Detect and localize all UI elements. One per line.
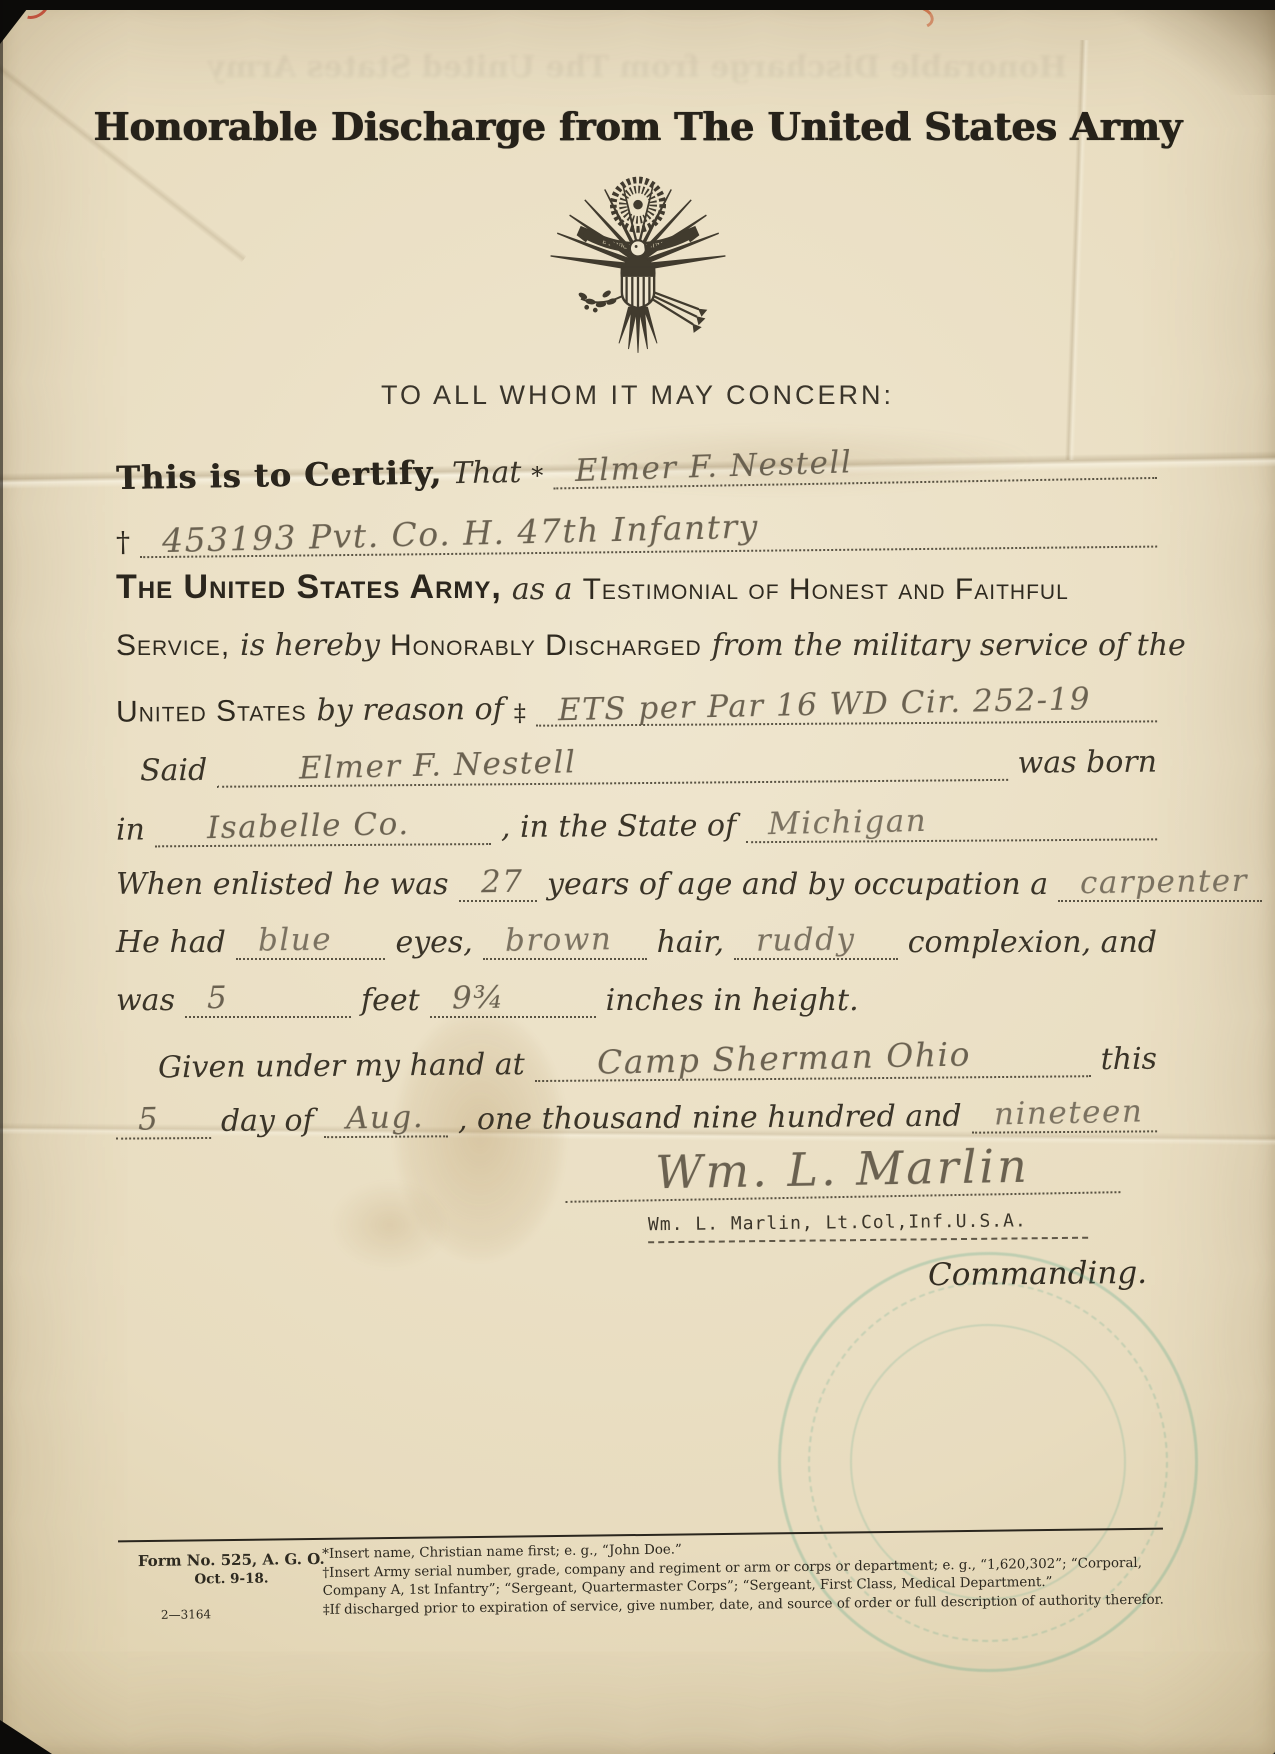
year-words-script: , one thousand nine hundred and <box>458 1099 962 1138</box>
feet-field: 5 <box>185 980 351 1018</box>
county-field: Isabelle Co. <box>155 807 491 847</box>
by-reason-script: by reason of <box>316 692 503 728</box>
testimonial-caps: Testimonial of Honest and Faithful <box>583 573 1069 607</box>
was-script: was <box>116 983 175 1018</box>
given-script: Given under my hand at <box>158 1047 525 1085</box>
hair-script: hair, <box>657 925 724 960</box>
inches-field: 9¾ <box>430 980 596 1018</box>
form-date: Oct. 9-18. <box>126 1570 336 1589</box>
handwritten-day: 5 <box>138 1101 160 1137</box>
age-line: When enlisted he was 27 years of age and… <box>116 864 1157 902</box>
handwritten-name: Elmer F. Nestell <box>575 444 853 489</box>
handwritten-signature: Wm. L. Marlin <box>655 1139 1030 1200</box>
double-dagger-mark: ‡ <box>514 699 526 727</box>
height-script: inches in height. <box>606 983 859 1018</box>
handwritten-year: nineteen <box>993 1093 1143 1132</box>
handwritten-eyes: blue <box>258 921 333 958</box>
certify-that: That <box>452 455 522 491</box>
height-line: was 5 feet 9¾ inches in height. <box>116 980 1157 1018</box>
reason-field: ETS per Par 16 WD Cir. 252-19 <box>536 684 1158 726</box>
signature-line: Wm. L. Marlin <box>565 1137 1121 1203</box>
features-line: He had blue eyes, brown hair, ruddy comp… <box>116 922 1157 960</box>
service-line: Service, is hereby Honorably Discharged … <box>116 628 1157 663</box>
handwritten-age: 27 <box>480 864 523 901</box>
handwritten-feet: 5 <box>207 980 229 1016</box>
serial-field: 453193 Pvt. Co. H. 47th Infantry <box>140 507 1157 559</box>
was-born-script: was born <box>1017 745 1157 781</box>
military-service-script: from the military service of the <box>712 628 1186 663</box>
paper-sheet: Honorable Discharge from The United Stat… <box>0 0 1275 1754</box>
month-field: Aug. <box>323 1099 448 1138</box>
footnotes: *Insert name, Christian name first; e. g… <box>322 1536 1164 1620</box>
handwritten-hair: brown <box>505 921 613 958</box>
said-script: Said <box>140 753 208 789</box>
typed-signature: Wm. L. Marlin, Lt.Col,Inf.U.S.A. <box>648 1210 1027 1235</box>
born-name-field: Elmer F. Nestell <box>217 743 1008 788</box>
document-title: Honorable Discharge from The United Stat… <box>0 104 1275 149</box>
is-hereby-script: is hereby <box>240 628 380 663</box>
salutation: TO ALL WHOM IT MAY CONCERN: <box>0 380 1275 411</box>
scan-edge-left <box>0 0 3 1754</box>
given-line: Given under my hand at Camp Sherman Ohio… <box>158 1036 1157 1086</box>
occupation-script: years of age and by occupation a <box>547 867 1048 902</box>
handwritten-serial: 453193 Pvt. Co. H. 47th Infantry <box>162 507 760 561</box>
dagger-mark: † <box>116 525 130 558</box>
handwritten-born-name: Elmer F. Nestell <box>239 744 577 788</box>
service-caps: Service, <box>116 629 230 663</box>
scanned-document: Honorable Discharge from The United Stat… <box>0 0 1275 1754</box>
handwritten-county: Isabelle Co. <box>177 806 410 847</box>
complexion-script: complexion, and <box>908 925 1157 960</box>
great-seal-eagle-icon: E PLURIBUS UNUM <box>524 172 752 381</box>
serial-line: † 453193 Pvt. Co. H. 47th Infantry <box>116 507 1157 559</box>
scan-corner-top-left <box>0 0 34 44</box>
as-a-script: as a <box>512 572 573 607</box>
eyes-field: blue <box>236 922 386 960</box>
handwritten-occupation: carpenter <box>1080 863 1248 901</box>
bleed-through-text: Honorable Discharge from The United Stat… <box>0 50 1275 85</box>
place-field: Camp Sherman Ohio <box>535 1036 1091 1082</box>
eyes-script: eyes, <box>395 925 472 960</box>
year-field: nineteen <box>972 1094 1158 1133</box>
handwritten-month: Aug. <box>345 1099 424 1137</box>
hair-field: brown <box>483 922 647 960</box>
print-code: 2—3164 <box>161 1607 211 1622</box>
typed-signature-line: Wm. L. Marlin, Lt.Col,Inf.U.S.A. <box>648 1210 1088 1244</box>
scan-corner-bottom-left <box>0 1720 52 1754</box>
form-number-block: Form No. 525, A. G. O. Oct. 9-18. <box>126 1550 336 1589</box>
complexion-field: ruddy <box>734 922 898 960</box>
united-states-caps: United States <box>116 694 307 729</box>
handwritten-complexion: ruddy <box>756 921 856 958</box>
handwritten-state: Michigan <box>768 803 928 842</box>
date-line: 5 day of Aug. , one thousand nine hundre… <box>116 1094 1157 1139</box>
handwritten-reason: ETS per Par 16 WD Cir. 252-19 <box>557 681 1091 728</box>
age-field: 27 <box>459 864 537 902</box>
he-had-script: He had <box>116 925 226 960</box>
state-field: Michigan <box>746 802 1157 843</box>
feet-script: feet <box>361 983 420 1018</box>
state-line: in Isabelle Co. , in the State of Michig… <box>116 802 1157 847</box>
born-line: Said Elmer F. Nestell was born <box>140 742 1157 789</box>
day-field: 5 <box>116 1101 211 1140</box>
paper-stain <box>330 1180 450 1270</box>
discharged-caps: Honorably Discharged <box>390 629 702 663</box>
enlisted-script: When enlisted he was <box>116 867 449 902</box>
occupation-field: carpenter <box>1058 864 1262 902</box>
this-script: this <box>1100 1042 1157 1077</box>
handwritten-inches: 9¾ <box>451 980 504 1017</box>
certify-lead: This is to Certify, <box>116 453 443 497</box>
army-caps: The United States Army, <box>116 568 502 607</box>
in-script: in <box>116 812 145 847</box>
day-of-script: day of <box>221 1103 314 1139</box>
asterisk-mark: * <box>531 462 543 490</box>
reason-line: United States by reason of ‡ ETS per Par… <box>116 684 1157 729</box>
handwritten-place: Camp Sherman Ohio <box>556 1034 971 1082</box>
form-number: Form No. 525, A. G. O. <box>126 1550 336 1571</box>
scan-edge-top <box>0 0 1275 10</box>
testimonial-line: The United States Army, as a Testimonial… <box>116 568 1157 607</box>
state-of-script: , in the State of <box>501 808 736 845</box>
